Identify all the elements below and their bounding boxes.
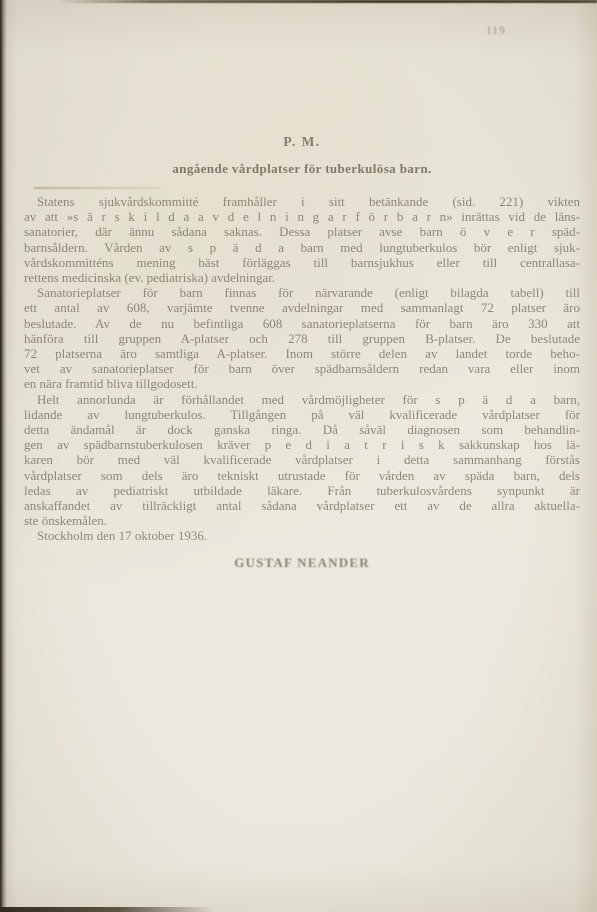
text-line: gen av spädbarnstuberkulosen kräver p e … [24, 437, 580, 452]
text-line: detta ändamål är dock ganska ringa. Då s… [24, 422, 580, 437]
document-subheading: angående vårdplatser för tuberkulösa bar… [24, 161, 580, 177]
text-line: barnsåldern. Vården av s p ä d a barn me… [24, 240, 580, 255]
text-line: rettens medicinska (ev. pediatriska) avd… [24, 270, 580, 285]
text-line: Statens sjukvårdskommitté framhåller i s… [24, 194, 580, 209]
paragraph-3: Helt annorlunda är förhållandet med vård… [24, 392, 580, 529]
text-line: ett antal av 608, varjämte tvenne avdeln… [24, 300, 580, 315]
scan-bottom-edge-shadow [0, 907, 215, 912]
text-line: beslutade. Av de nu befintliga 608 sanat… [24, 316, 580, 331]
document-heading: P. M. [24, 134, 580, 150]
text-line: vet av sanatorieplatser för barn över sp… [24, 361, 580, 376]
scan-top-edge-shadow [55, 0, 597, 3]
scanned-document-page: 119 P. M. angående vårdplatser för tuber… [0, 0, 597, 912]
text-line: ste önskemålen. [24, 513, 580, 528]
pencil-underline-mark [34, 187, 161, 189]
text-line: en nära framtid bliva tillgodosett. [24, 376, 580, 391]
text-line: 72 platserna äro samtliga A-platser. Ino… [24, 346, 580, 361]
text-line: sanatorier, där ännu sådana saknas. Dess… [24, 224, 580, 239]
scan-left-edge-shadow [0, 0, 7, 912]
text-line: ledas av pediatriskt utbildade läkare. F… [24, 483, 580, 498]
paragraph-1: Statens sjukvårdskommitté framhåller i s… [24, 194, 580, 285]
signature-name: GUSTAF NEANDER [24, 555, 580, 571]
document-body: Statens sjukvårdskommitté framhåller i s… [24, 194, 580, 528]
text-line: lidande av lungtuberkulos. Tillgången på… [24, 407, 580, 422]
text-line: hänföra till gruppen A-platser och 278 t… [24, 331, 580, 346]
text-line: vårdskommitténs mening bäst förläggas ti… [24, 255, 580, 270]
page-number: 119 [486, 25, 506, 37]
text-line: Sanatorieplatser för barn finnas för när… [24, 285, 580, 300]
text-line: vårdplatser som dels äro tekniskt utrust… [24, 468, 580, 483]
dateline: Stockholm den 17 oktober 1936. [37, 528, 207, 544]
text-line: av att »s ä r s k i l d a a v d e l n i … [24, 209, 580, 224]
text-line: karen bör med väl kvalificerade vårdplat… [24, 452, 580, 467]
text-line: anskaffandet av tillräckligt antal sådan… [24, 498, 580, 513]
paragraph-2: Sanatorieplatser för barn finnas för när… [24, 285, 580, 391]
text-line: Helt annorlunda är förhållandet med vård… [24, 392, 580, 407]
